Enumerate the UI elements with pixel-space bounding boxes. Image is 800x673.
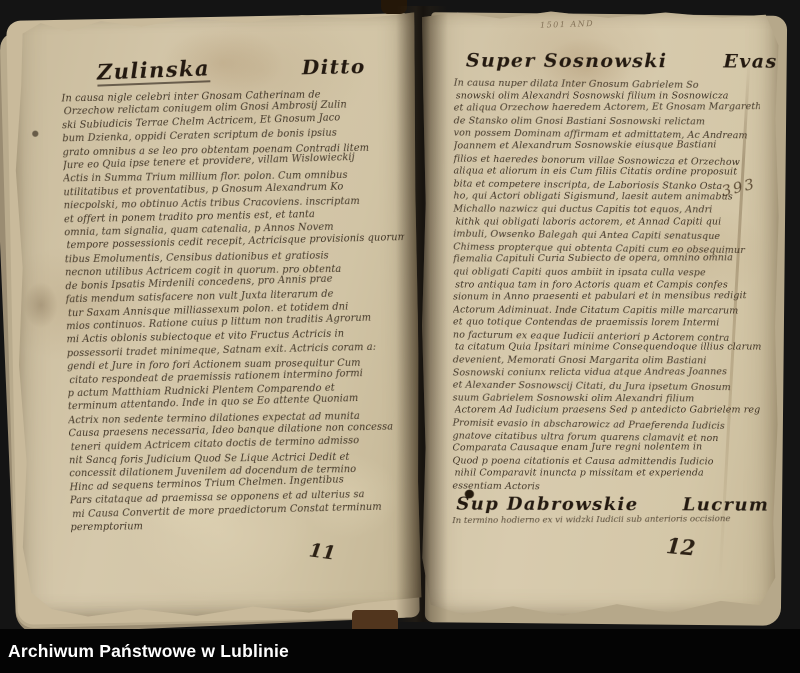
archive-caption: Archiwum Państwowe w Lublinie xyxy=(8,641,289,662)
heading-sup-dabrowskie: Sup Dabrowskie xyxy=(456,493,638,515)
manuscript-line: ho, qui Actori obligati Sigismund, laesi… xyxy=(453,191,759,205)
manuscript-line: de Stansko olim Gnosi Bastiani Sosnowski… xyxy=(454,115,760,129)
manuscript-line: ta citatum Quia Ipsitari minime Conseque… xyxy=(455,342,761,355)
manuscript-line: Comparata Causaque enam Jure regni nolen… xyxy=(453,441,759,455)
right-page-number: 12 xyxy=(665,533,696,561)
manuscript-right-page: 1501 AND 393 Super Sosnowski Evasio In c… xyxy=(420,7,780,620)
subheading-first-line: In termino hodierno ex vi widzki Iudicii… xyxy=(452,514,758,527)
manuscript-line: kithk qui obligati laboris actorem, et A… xyxy=(455,216,761,229)
ink-blot xyxy=(32,130,39,137)
left-page-number: 11 xyxy=(308,540,337,565)
left-page-heading: Zulinska Ditto xyxy=(61,52,399,86)
heading-zulinska: Zulinska xyxy=(96,55,210,86)
heading-lucrum: Lucrum xyxy=(683,494,770,515)
heading-ditto: Ditto xyxy=(302,54,366,79)
top-margin-annotation: 1501 AND xyxy=(540,19,594,30)
manuscript-line: et aliqua Orzechow haeredem Actorem, Et … xyxy=(454,101,760,115)
manuscript-line: Michallo nazwicz qui ductus Capitis tot … xyxy=(453,203,759,217)
manuscript-left-page: Zulinska Ditto In causa nigle celebri in… xyxy=(12,8,421,621)
right-page-content: Super Sosnowski Evasio In causa nuper di… xyxy=(452,49,760,559)
right-page-subheading: Sup Dabrowskie Lucrum xyxy=(452,493,758,515)
manuscript-line: Actorem Ad Iudicium praesens Sed p anted… xyxy=(455,405,761,418)
manuscript-line: Actorum Adiminuat. Inde Citatum Capitis … xyxy=(453,304,759,318)
heading-super-sosnowski: Super Sosnowski xyxy=(466,50,668,73)
heading-evasio: Evasio xyxy=(723,50,800,72)
manuscript-line: et quo totique Contendas de praemissis l… xyxy=(453,317,759,331)
caption-bar: Archiwum Państwowe w Lublinie xyxy=(0,629,800,673)
manuscript-line: Sosnowski coniunx relicta vidua atque An… xyxy=(453,366,759,380)
margin-smudge xyxy=(24,282,59,328)
manuscript-line: nihil Comparavit inuncta p missitam et e… xyxy=(454,468,760,481)
manuscript-line: fiemalia Capituli Curia Subiecto de oper… xyxy=(453,252,759,266)
right-page-heading: Super Sosnowski Evasio xyxy=(454,49,760,72)
book-binding-top xyxy=(381,0,407,14)
right-page-text: In causa nuper dilata Inter Gnosum Gabri… xyxy=(452,77,759,494)
archive-scan-viewer: Zulinska Ditto In causa nigle celebri in… xyxy=(0,0,800,673)
manuscript-line: Joannem et Alexandrum Sosnowskie eiusque… xyxy=(454,139,760,153)
left-page-content: Zulinska Ditto In causa nigle celebri in… xyxy=(61,52,410,568)
manuscript-line: aliqua et aliorum in eis Cum filiis Cita… xyxy=(453,166,759,180)
manuscript-line: sionum in Anno praesenti et pabulari et … xyxy=(453,290,759,304)
manuscript-line: qui obligati Capiti quos ambiit in ipsat… xyxy=(453,266,759,280)
left-page-text: In causa nigle celebri inter Gnosam Cath… xyxy=(61,85,408,534)
